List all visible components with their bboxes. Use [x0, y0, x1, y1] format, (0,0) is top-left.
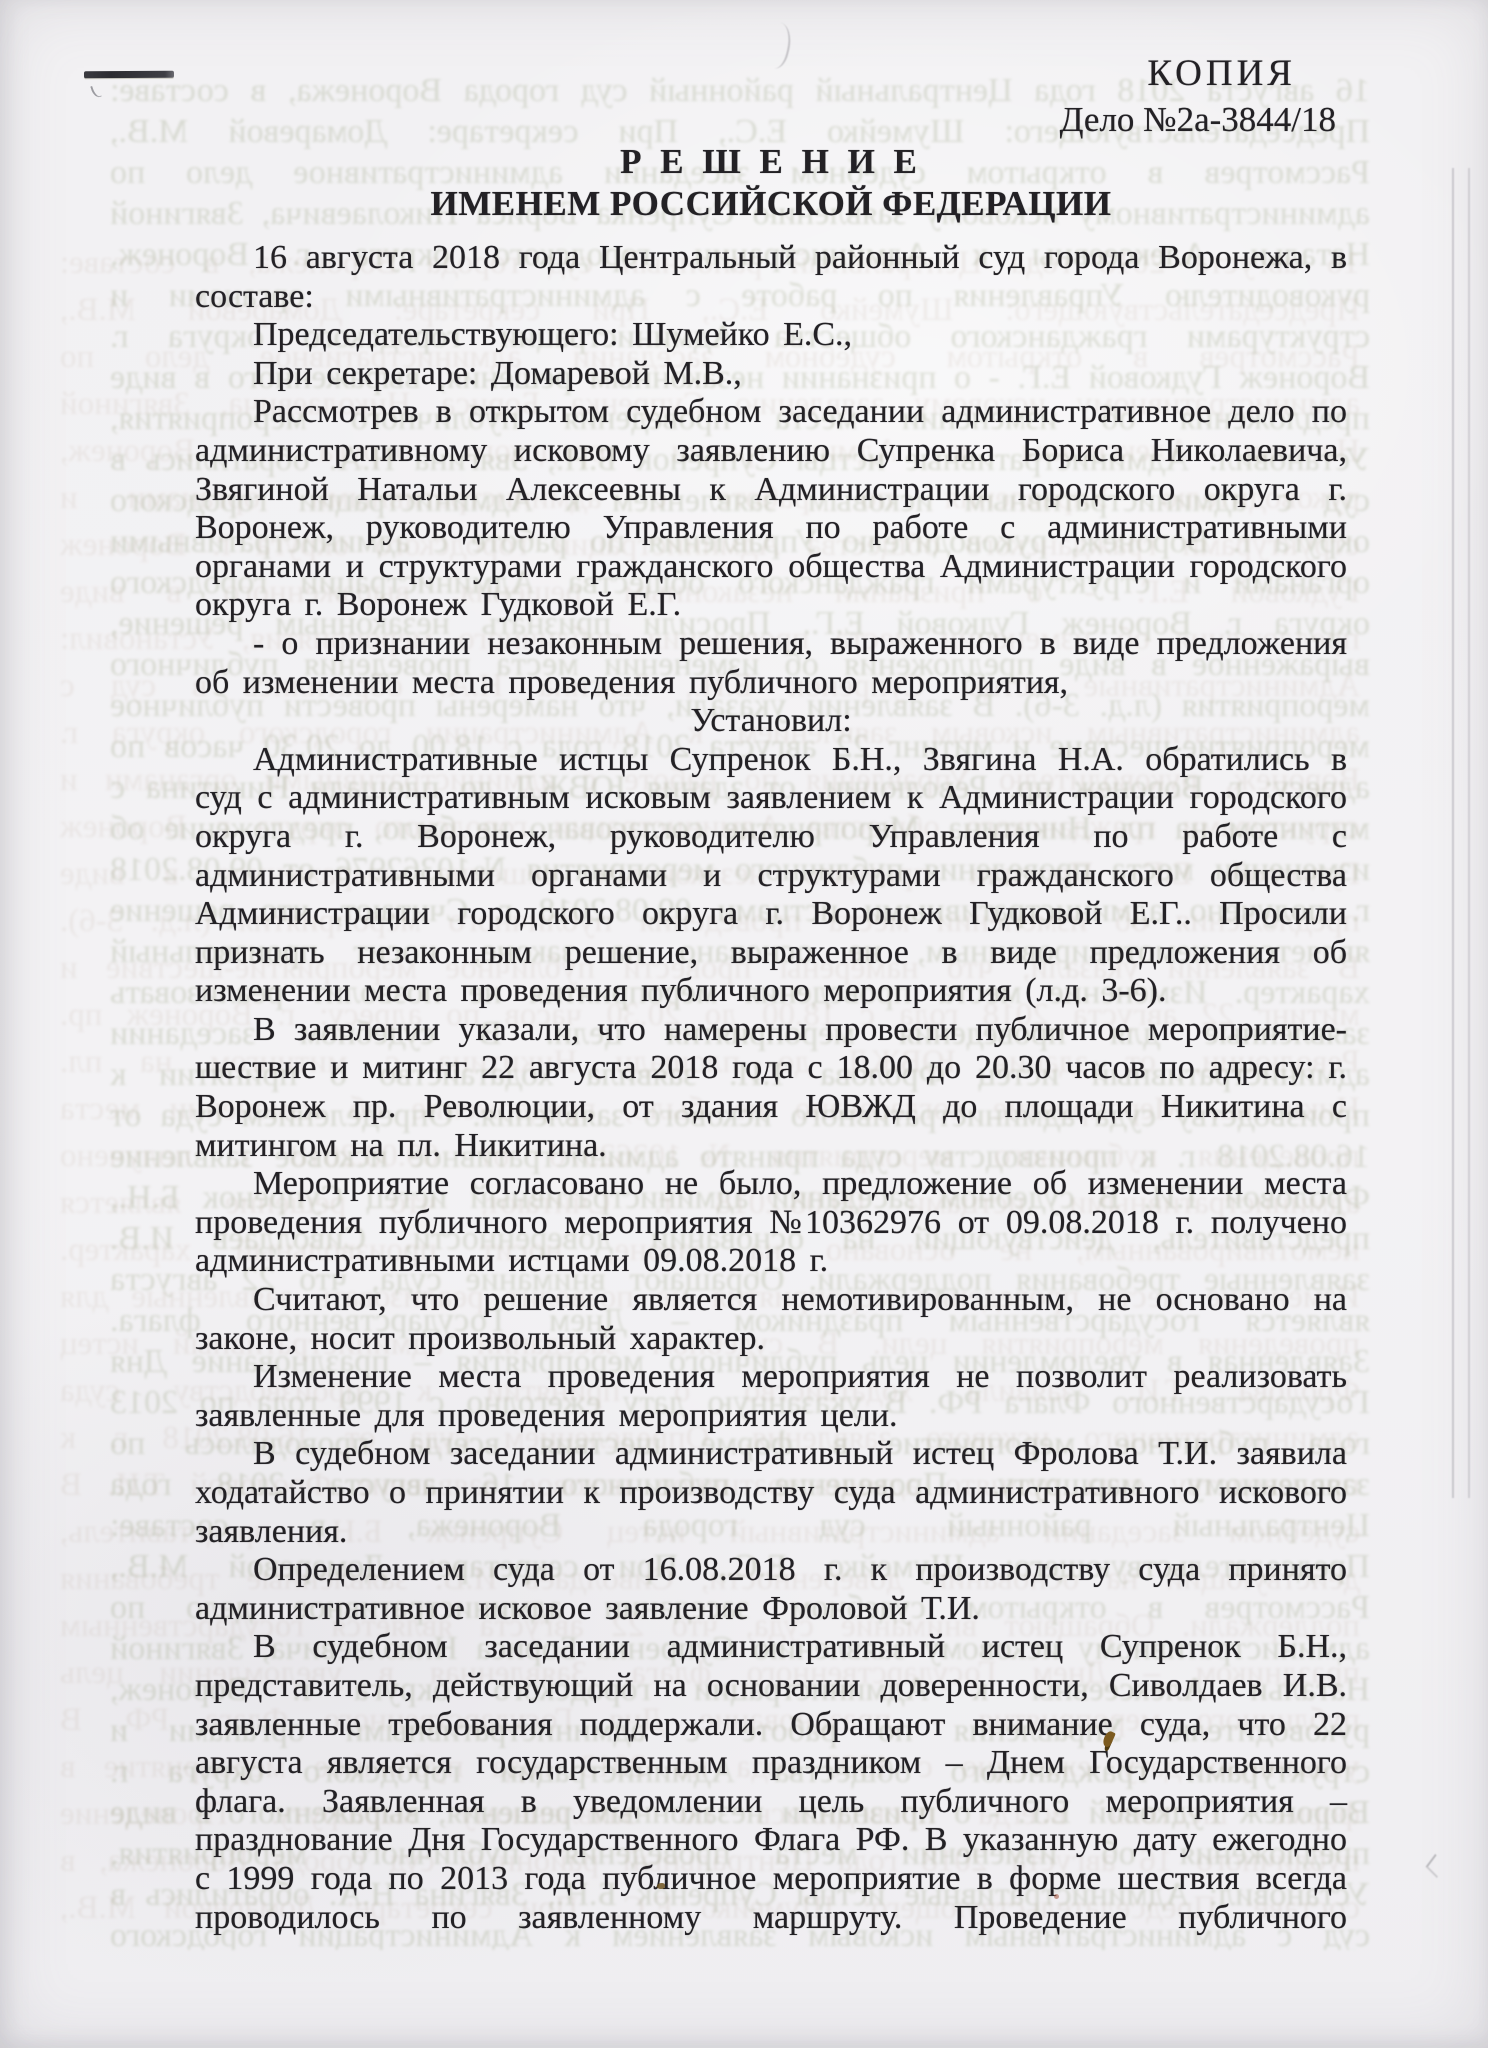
decision-title: Р Е Ш Е Н И Е: [195, 142, 1347, 182]
paragraph-claim-subject: - о признании незаконным решения, выраже…: [195, 625, 1347, 702]
paragraph-court-ruling: Определением суда от 16.08.2018 г. к про…: [195, 1551, 1347, 1628]
paragraph-presiding-judge: Председательствующего: Шумейко Е.С.,: [195, 316, 1347, 355]
paragraph-court-and-date: 16 августа 2018 года Центральный районны…: [195, 239, 1347, 316]
paragraph-opinion: Считают, что решение является немотивиро…: [195, 1281, 1347, 1358]
paragraph-frolova-motion: В судебном заседании административный ис…: [195, 1435, 1347, 1551]
paragraph-refusal-notice: Мероприятие согласовано не было, предлож…: [195, 1165, 1347, 1281]
paragraph-claim-details: Административные истцы Супренок Б.Н., Зв…: [195, 741, 1347, 1011]
paragraph-secretary: При секретаре: Домаревой М.В.,: [195, 355, 1347, 394]
decision-subtitle: ИМЕНЕМ РОССИЙСКОЙ ФЕДЕРАЦИИ: [195, 184, 1347, 224]
paragraph-goals: Изменение места проведения мероприятия н…: [195, 1358, 1347, 1435]
paragraph-hearing-support: В судебном заседании административный ис…: [195, 1628, 1347, 1937]
scanned-court-decision-page: 16 августа 2018 года Центральный районны…: [0, 0, 1488, 2048]
paragraph-ustanovil: Установил:: [195, 702, 1347, 741]
paragraph-case-intro: Рассмотрев в открытом судебном заседании…: [195, 393, 1347, 625]
paragraph-event-details: В заявлении указали, что намерены провес…: [195, 1011, 1347, 1165]
